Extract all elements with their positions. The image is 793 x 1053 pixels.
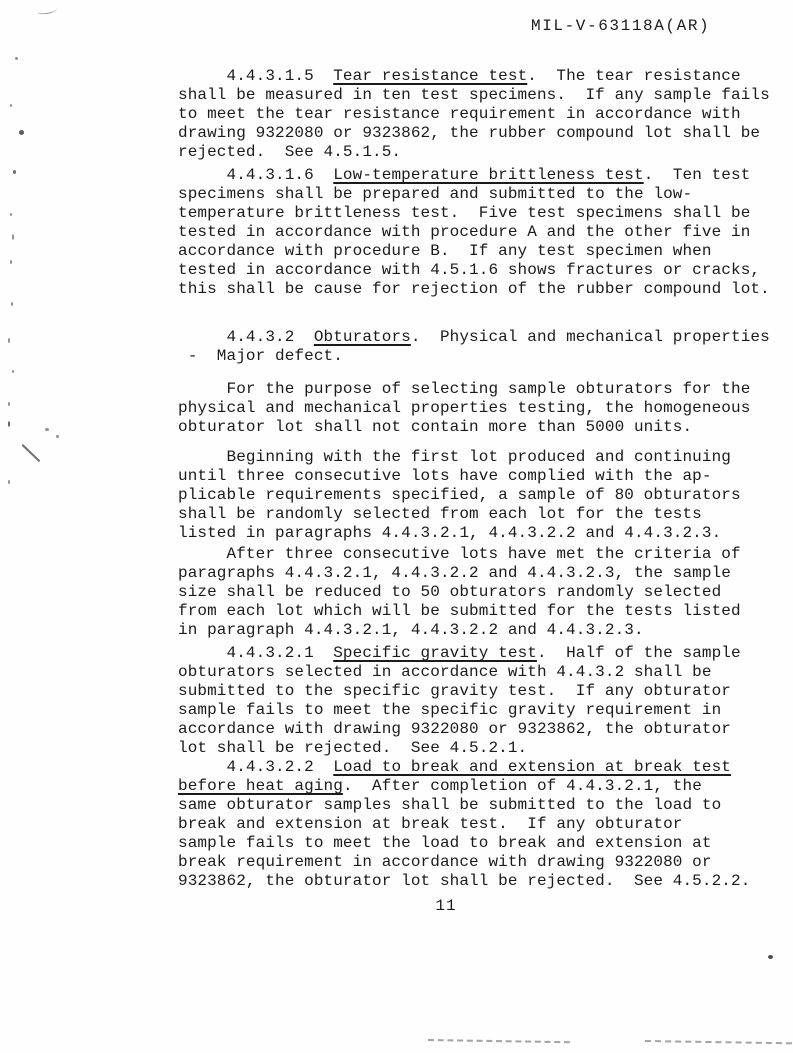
paragraph-text: 4.4.3.1.5 — [178, 67, 333, 85]
page-number: 11 — [178, 897, 714, 915]
paragraph-reduced-sampling: After three consecutive lots have met th… — [178, 545, 792, 640]
scan-speck — [45, 428, 49, 431]
paragraph-initial-sampling: Beginning with the first lot produced an… — [178, 448, 792, 543]
paragraph-obturator-lot-size: For the purpose of selecting sample obtu… — [178, 380, 792, 437]
paragraph-4-4-3-1-6: 4.4.3.1.6 Low-temperature brittleness te… — [178, 166, 792, 299]
scan-speck — [10, 260, 12, 264]
scan-speck — [11, 302, 13, 306]
paragraph-text: 4.4.3.2.2 — [178, 758, 333, 776]
scan-speck — [8, 421, 10, 427]
document-body: 4.4.3.1.5 Tear resistance test. The tear… — [0, 0, 793, 1053]
scan-speck — [13, 170, 16, 174]
section-heading-underlined: Specific gravity test — [333, 644, 537, 662]
paragraph-4-4-3-1-5: 4.4.3.1.5 Tear resistance test. The tear… — [178, 67, 792, 162]
scan-speck — [8, 480, 10, 484]
section-heading-underlined: Tear resistance test — [333, 67, 527, 85]
paragraph-4-4-3-2: 4.4.3.2 Obturators. Physical and mechani… — [178, 328, 792, 366]
paragraph-text: . Ten test specimens shall be prepared a… — [178, 166, 770, 298]
paragraph-text: After three consecutive lots have met th… — [178, 545, 741, 639]
scan-speck — [12, 370, 14, 373]
paragraph-text: 4.4.3.1.6 — [178, 166, 333, 184]
paragraph-text: For the purpose of selecting sample obtu… — [178, 380, 750, 436]
scan-speck — [56, 435, 59, 438]
scanned-document-page: MIL-V-63118A(AR) 4.4.3.1.5 Tear resistan… — [0, 0, 793, 1053]
scan-speck — [8, 402, 10, 406]
paragraph-4-4-3-2-1: 4.4.3.2.1 Specific gravity test. Half of… — [178, 644, 792, 758]
scan-speck — [15, 57, 18, 60]
section-heading-underlined: Low-temperature brittleness test — [333, 166, 643, 184]
scan-speck — [8, 338, 10, 343]
scan-speck — [19, 130, 24, 135]
scan-speck — [12, 234, 14, 240]
scan-speck — [10, 104, 12, 107]
scan-speck — [10, 213, 12, 216]
paragraph-4-4-3-2-2: 4.4.3.2.2 Load to break and extension at… — [178, 758, 792, 891]
paragraph-text: 4.4.3.2 — [178, 328, 314, 346]
paragraph-text: 4.4.3.2.1 — [178, 644, 333, 662]
section-heading-underlined: Obturators — [314, 328, 411, 346]
paragraph-text: Beginning with the first lot produced an… — [178, 448, 741, 542]
scan-speck — [768, 955, 773, 959]
